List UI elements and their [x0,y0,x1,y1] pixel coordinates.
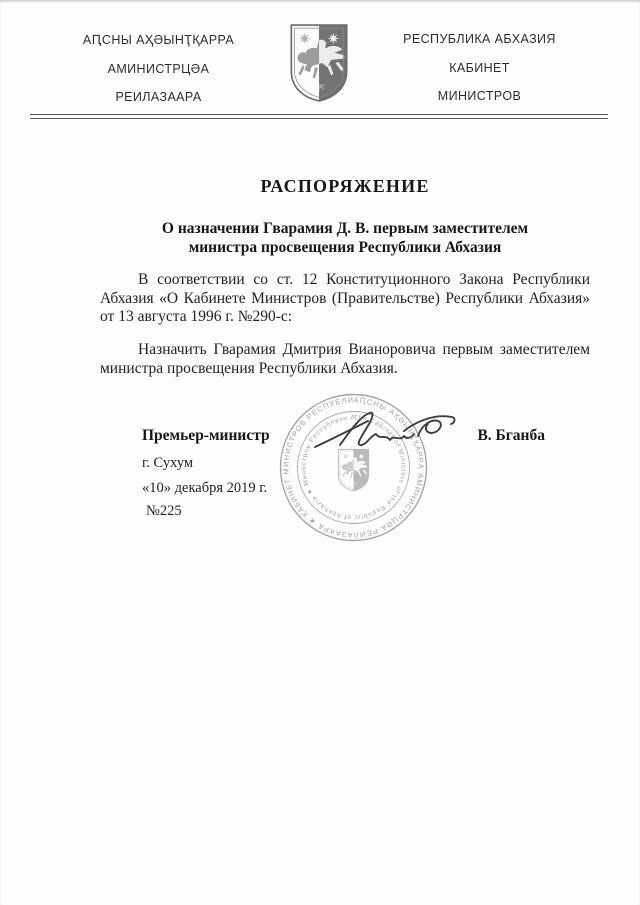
seal-center-emblem [338,449,368,490]
letterhead-russian-line-1: РЕСПУБЛИКА АБХАЗИЯ [351,32,608,46]
letterhead: АԤСНЫ АҲӘЫНҬҚАРРА АМИНИСТРЦӘА РЕИЛАЗААРА [30,26,608,119]
document-subject-line-1: О назначении Гварамия Д. В. первым замес… [100,219,590,238]
issue-place: г. Сухум [142,455,193,472]
coat-of-arms-icon [288,22,350,104]
letterhead-abkhaz-block: АԤСНЫ АҲӘЫНҬҚАРРА АМИНИСТРЦӘА РЕИЛАЗААРА [30,26,287,119]
signer-name: В. Бганба [477,427,545,445]
body-paragraph-2: Назначить Гварамия Дмитрия Вианоровича п… [100,341,590,378]
letterhead-double-rule [30,114,608,119]
document-title: РАСПОРЯЖЕНИЕ [100,176,590,197]
document-subject-line-2: министра просвещения Республики Абхазия [100,238,590,257]
letterhead-abkhaz-line-2: АМИНИСТРЦӘА [30,62,287,76]
letterhead-abkhaz-line-1: АԤСНЫ АҲӘЫНҬҚАРРА [30,32,287,47]
issue-date: «10» декабря 2019 г. [142,480,267,497]
letterhead-russian-block: РЕСПУБЛИКА АБХАЗИЯ КАБИНЕТ МИНИСТРОВ [351,26,608,118]
body-paragraph-1: В соответствии со ст. 12 Конституционног… [100,271,590,327]
signature-icon [298,408,466,454]
letterhead-russian-line-3: МИНИСТРОВ [351,89,608,103]
document-page: АԤСНЫ АҲӘЫНҬҚАРРА АМИНИСТРЦӘА РЕИЛАЗААРА [0,0,640,905]
letterhead-abkhaz-line-3: РЕИЛАЗААРА [30,90,287,104]
scan-edge-artifact [0,0,640,3]
document-number: №225 [146,503,182,520]
letterhead-russian-line-2: КАБИНЕТ [351,61,608,75]
document-subject: О назначении Гварамия Д. В. первым замес… [100,219,590,257]
emblem-container [287,26,351,104]
signer-post: Премьер-министр [142,427,270,445]
